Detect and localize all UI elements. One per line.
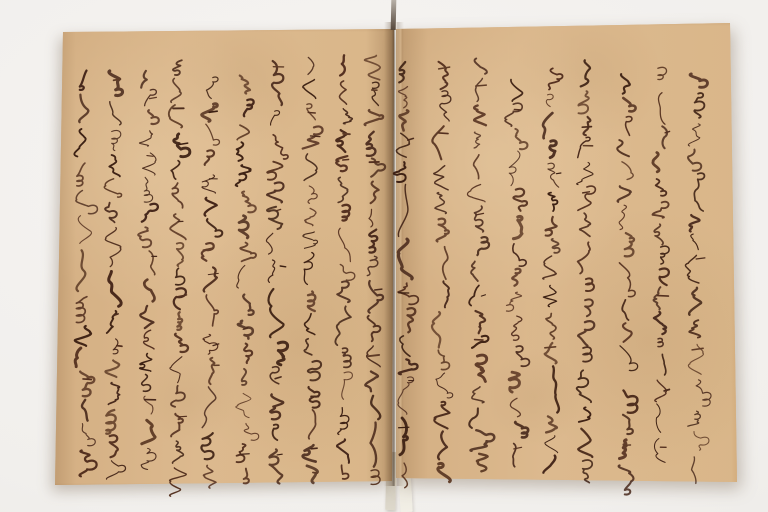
manuscript-right-page — [394, 18, 746, 492]
right-page-edge-shading — [394, 18, 746, 492]
binding-cord-top — [391, 0, 397, 30]
left-page-paper — [50, 24, 396, 492]
right-page-paper — [394, 18, 746, 492]
manuscript-left-page — [50, 24, 396, 492]
left-page-edge-shading — [50, 24, 396, 492]
photo-of-open-manuscript — [0, 0, 768, 512]
